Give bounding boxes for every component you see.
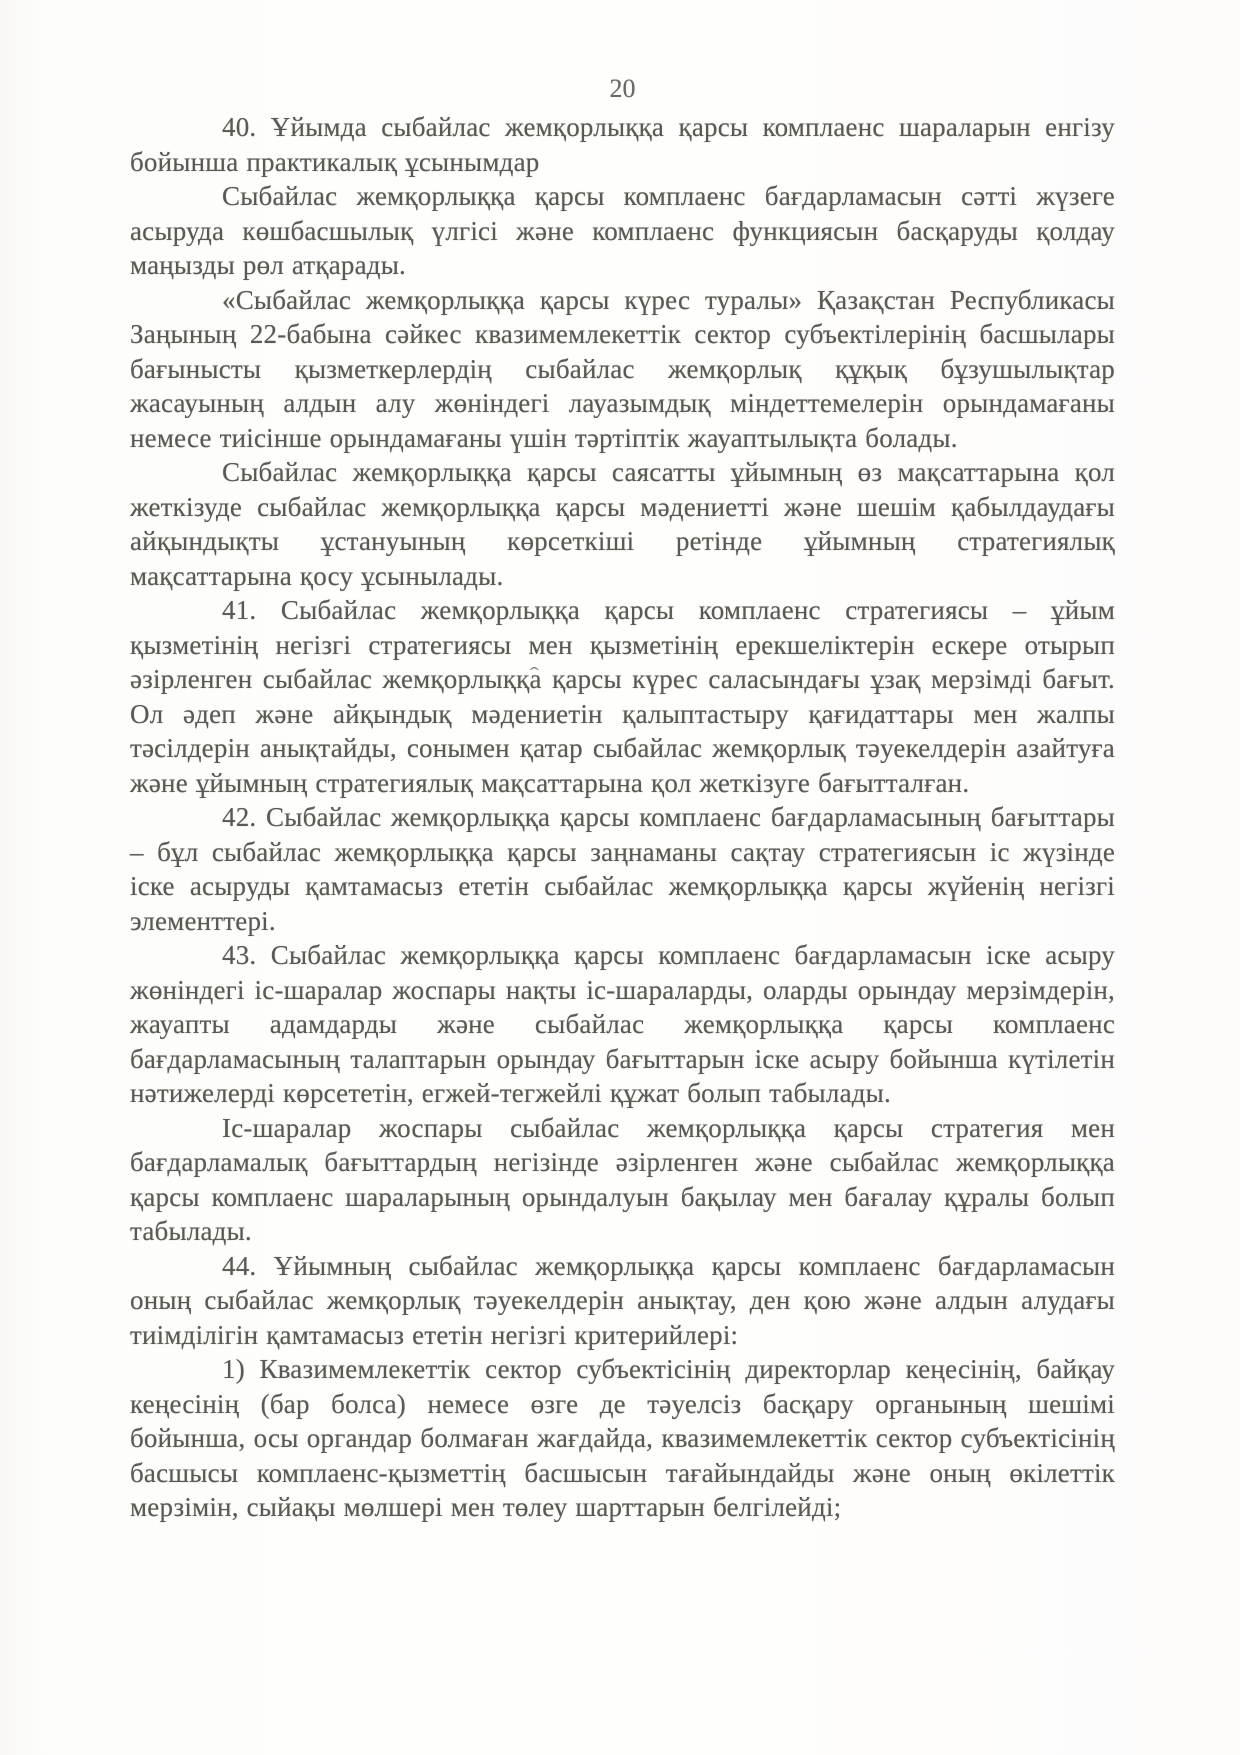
paragraph-42: 42. Сыбайлас жемқорлыққа қарсы комплаенс… (130, 800, 1115, 938)
scan-speckle: ˆ (530, 664, 539, 687)
paragraph-43: 43. Сыбайлас жемқорлыққа қарсы комплаенс… (130, 938, 1115, 1111)
paragraph-law-article-22: «Сыбайлас жемқорлыққа қарсы күрес туралы… (130, 283, 1115, 456)
scanned-document-page: 20 40. Ұйымда сыбайлас жемқорлыққа қарсы… (0, 0, 1240, 1755)
paragraph-40-heading: 40. Ұйымда сыбайлас жемқорлыққа қарсы ко… (130, 110, 1115, 179)
paragraph-44: 44. Ұйымның сыбайлас жемқорлыққа қарсы к… (130, 1249, 1115, 1353)
document-body: 40. Ұйымда сыбайлас жемқорлыққа қарсы ко… (130, 110, 1115, 1525)
paragraph-intro-leadership: Сыбайлас жемқорлыққа қарсы комплаенс бағ… (130, 179, 1115, 283)
paragraph-action-plan: Іс-шаралар жоспары сыбайлас жемқорлыққа … (130, 1111, 1115, 1249)
page-number: 20 (130, 0, 1115, 104)
paragraph-criterion-1: 1) Квазимемлекеттік сектор субъектісінің… (130, 1352, 1115, 1525)
paragraph-41: 41. Сыбайлас жемқорлыққа қарсы комплаенс… (130, 593, 1115, 800)
paragraph-policy-goals: Сыбайлас жемқорлыққа қарсы саясатты ұйым… (130, 455, 1115, 593)
